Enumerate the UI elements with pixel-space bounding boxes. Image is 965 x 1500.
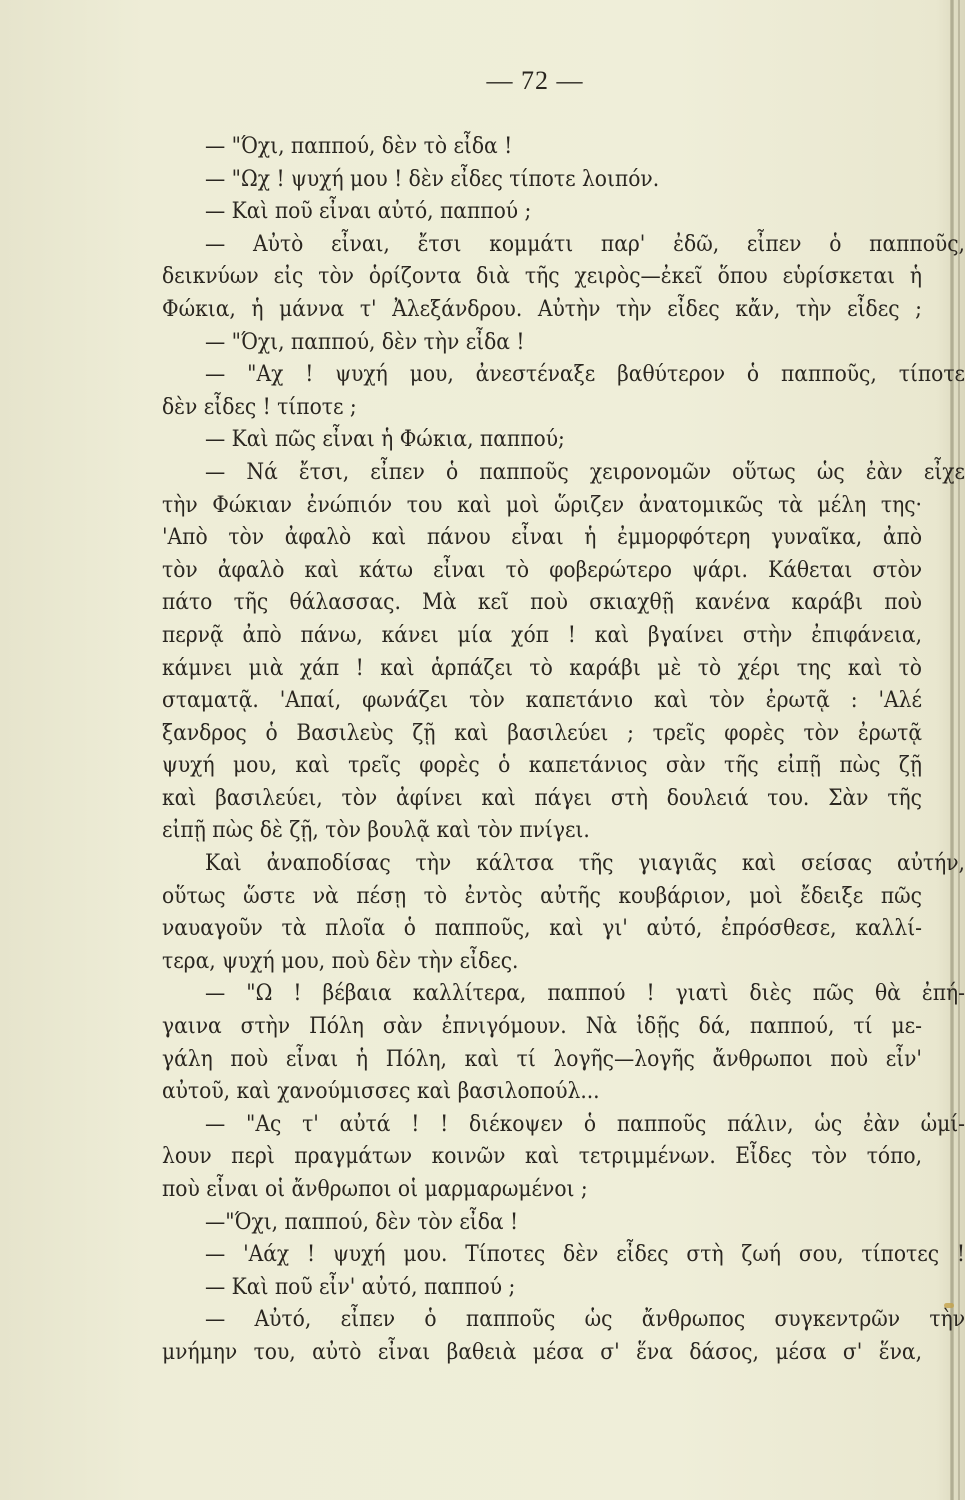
- body-text: — "Όχι, παππού, δὲν τὸ εἶδα !— "Ωχ ! ψυχ…: [162, 130, 922, 1369]
- text-line: — Νά ἔτσι, εἶπεν ὁ παπποῦς χειρονομῶν οὕ…: [162, 456, 965, 489]
- text-line: τὸν ἀφαλὸ καὶ κάτω εἶναι τὸ φοβερώτερο ψ…: [162, 554, 922, 587]
- text-line: — Αὐτό, εἶπεν ὁ παπποῦς ὡς ἄνθρωπος συγκ…: [162, 1303, 965, 1336]
- text-line: Καὶ ἀναποδίσας τὴν κάλτσα τῆς γιαγιᾶς κα…: [162, 847, 965, 880]
- text-line: — "Αχ ! ψυχή μου, ἀνεστέναξε βαθύτερον ὁ…: [162, 358, 965, 391]
- text-line: δὲν εἶδες ! τίποτε ;: [162, 391, 922, 424]
- text-line: — "Ω ! βέβαια καλλίτερα, παππού ! γιατὶ …: [162, 977, 965, 1010]
- text-line: Φώκια, ἡ μάννα τ' Ἀλεξάνδρου. Αὐτὴν τὴν …: [162, 293, 922, 326]
- text-line: — Καὶ ποῦ εἶν' αὐτό, παππού ;: [162, 1271, 965, 1304]
- text-line: ψυχή μου, καὶ τρεῖς φορὲς ὁ καπετάνιος σ…: [162, 749, 922, 782]
- text-line: περνᾷ ἀπὸ πάνω, κάνει μία χόπ ! καὶ βγαί…: [162, 619, 922, 652]
- text-line: τερα, ψυχή μου, ποὺ δὲν τὴν εἶδες.: [162, 945, 922, 978]
- text-line: λουν περὶ πραγμάτων κοινῶν καὶ τετριμμέν…: [162, 1140, 922, 1173]
- text-line: — "Ας τ' αὐτά ! ! διέκοψεν ὁ παπποῦς πάλ…: [162, 1108, 965, 1141]
- text-line: — 'Αάχ ! ψυχή μου. Τίποτες δὲν εἶδες στὴ…: [162, 1238, 965, 1271]
- text-line: πάτο τῆς θάλασσας. Μὰ κεῖ ποὺ σκιαχθῇ κα…: [162, 586, 922, 619]
- text-line: αὐτοῦ, καὶ χανούμισσες καὶ βασιλοπούλ...: [162, 1075, 922, 1108]
- text-line: οὕτως ὥστε νὰ πέσῃ τὸ ἐντὸς αὐτῆς κουβάρ…: [162, 880, 922, 913]
- text-line: μνήμην του, αὐτὸ εἶναι βαθειὰ μέσα σ' ἕν…: [162, 1336, 922, 1369]
- text-line: — "Όχι, παππού, δὲν τὴν εἶδα !: [162, 326, 965, 359]
- text-line: ναυαγοῦν τὰ πλοῖα ὁ παπποῦς, καὶ γι' αὐτ…: [162, 912, 922, 945]
- page-number: — 72 —: [0, 66, 965, 96]
- text-line: τὴν Φώκιαν ἐνώπιόν του καὶ μοὶ ὥριζεν ἀν…: [162, 489, 922, 522]
- book-page: — 72 — — "Όχι, παππού, δὲν τὸ εἶδα !— "Ω…: [0, 0, 965, 1500]
- text-line: — Αὐτὸ εἶναι, ἔτσι κομμάτι παρ' ἐδῶ, εἶπ…: [162, 228, 965, 261]
- text-line: —"Όχι, παππού, δὲν τὸν εἶδα !: [162, 1206, 965, 1239]
- text-line: γαινα στὴν Πόλη σὰν ἐπνιγόμουν. Νὰ ἰδῇς …: [162, 1010, 922, 1043]
- text-line: ξανδρος ὁ Βασιλεὺς ζῇ καὶ βασιλεύει ; τρ…: [162, 717, 922, 750]
- text-line: — Καὶ πῶς εἶναι ἡ Φώκια, παππού;: [162, 423, 965, 456]
- text-line: σταματᾷ. 'Απαί, φωνάζει τὸν καπετάνιο κα…: [162, 684, 922, 717]
- text-line: — Καὶ ποῦ εἶναι αὐτό, παππού ;: [162, 195, 965, 228]
- text-line: — "Ωχ ! ψυχή μου ! δὲν εἶδες τίποτε λοιπ…: [162, 163, 965, 196]
- text-line: ποὺ εἶναι οἱ ἄνθρωποι οἱ μαρμαρωμένοι ;: [162, 1173, 922, 1206]
- text-line: — "Όχι, παππού, δὲν τὸ εἶδα !: [162, 130, 965, 163]
- text-line: καὶ βασιλεύει, τὸν ἀφίνει καὶ πάγει στὴ …: [162, 782, 922, 815]
- text-line: 'Απὸ τὸν ἀφαλὸ καὶ πάνου εἶναι ἡ ἐμμορφό…: [162, 521, 922, 554]
- text-line: δεικνύων εἰς τὸν ὁρίζοντα διὰ τῆς χειρὸς…: [162, 260, 922, 293]
- text-line: γάλη ποὺ εἶναι ἡ Πόλη, καὶ τί λογῆς—λογῆ…: [162, 1043, 922, 1076]
- text-line: εἰπῇ πὼς δὲ ζῇ, τὸν βουλᾷ καὶ τὸν πνίγει…: [162, 814, 922, 847]
- text-line: κάμνει μιὰ χάπ ! καὶ ἁρπάζει τὸ καράβι μ…: [162, 652, 922, 685]
